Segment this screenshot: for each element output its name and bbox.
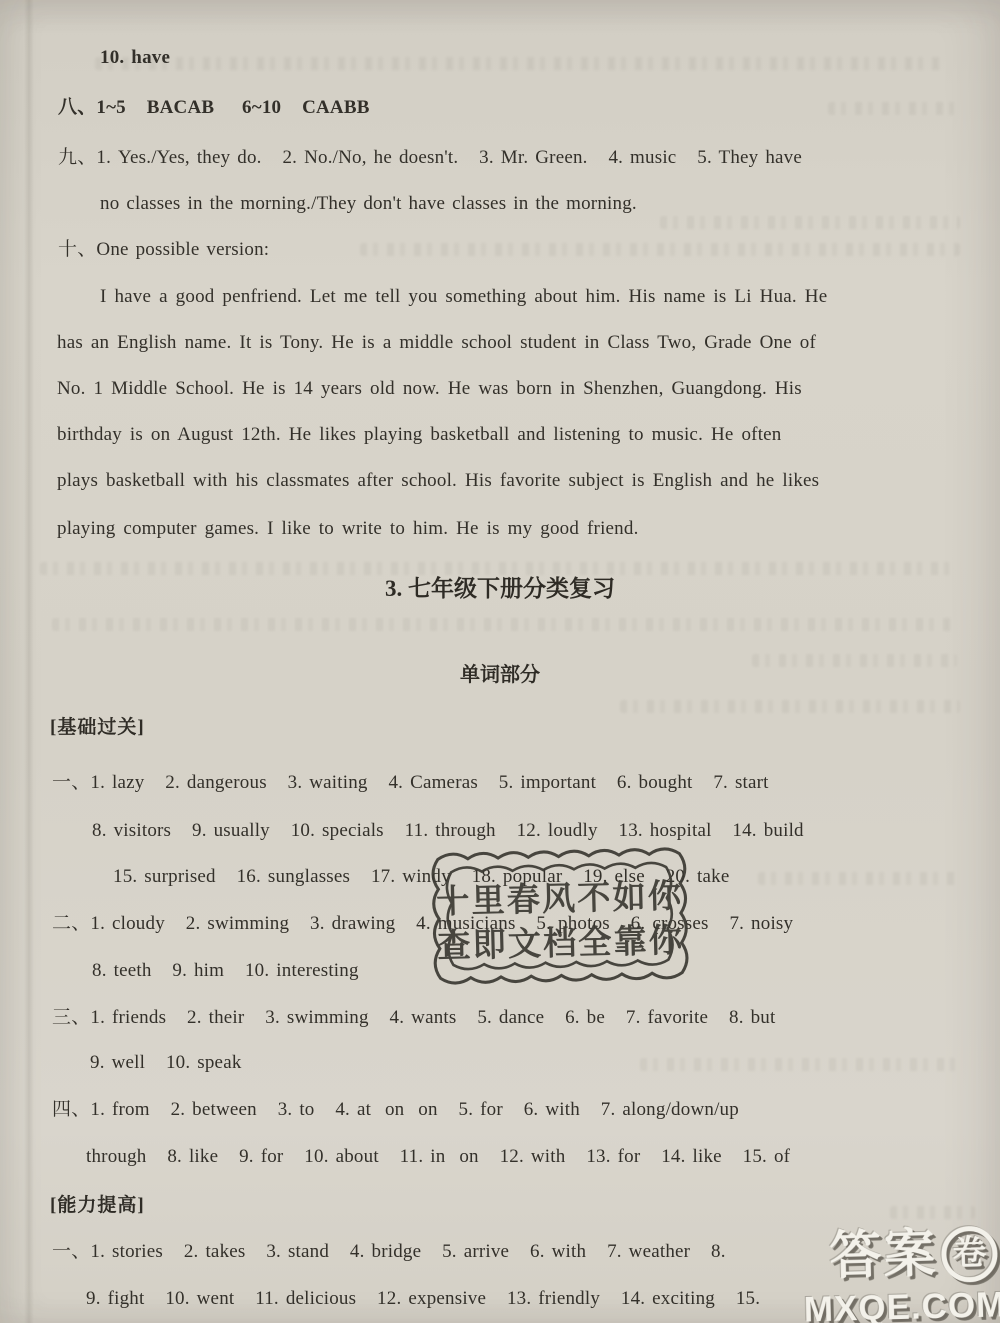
ability-answer-line: 9. fight 10. went 11. delicious 12. expe…: [86, 1287, 760, 1311]
section-title: 3. 七年级下册分类复习: [0, 570, 1000, 603]
ink-stamp: 十里春风不如你 查即文档全靠你: [422, 838, 698, 995]
ghost-bleedthrough: [828, 102, 958, 115]
stamp-wavy-border-icon: 十里春风不如你 查即文档全靠你: [422, 838, 698, 995]
answer-line: 八、1~5 BACAB 6~10 CAABB: [58, 96, 370, 120]
watermark-brand-text: 答案: [829, 1229, 938, 1284]
answer-line: 十、One possible version:: [58, 238, 269, 262]
essay-line: playing computer games. I like to write …: [57, 517, 639, 541]
word-answer-line: 一、1. lazy 2. dangerous 3. waiting 4. Cam…: [52, 771, 769, 795]
ghost-bleedthrough: [95, 57, 945, 70]
ghost-bleedthrough: [360, 243, 960, 256]
tag-basic: [基础过关]: [50, 712, 145, 739]
ghost-bleedthrough: [640, 1058, 960, 1071]
ghost-bleedthrough: [890, 1206, 975, 1219]
word-answer-line: 三、1. friends 2. their 3. swimming 4. wan…: [52, 1006, 775, 1030]
circled-character-icon: 卷: [941, 1225, 998, 1282]
word-answer-line: 8. teeth 9. him 10. interesting: [92, 959, 359, 983]
site-watermark: 答案 卷 MXQE.COM: [802, 1225, 999, 1323]
word-answer-line: 8. visitors 9. usually 10. specials 11. …: [92, 819, 804, 843]
ghost-bleedthrough: [52, 618, 952, 631]
tag-advanced: [能力提高]: [50, 1190, 145, 1217]
word-answer-line: through 8. like 9. for 10. about 11. in …: [86, 1145, 790, 1169]
stamp-text-line2: 查即文档全靠你: [437, 922, 685, 965]
ghost-bleedthrough: [660, 216, 960, 229]
word-answer-line: 9. well 10. speak: [90, 1051, 242, 1075]
essay-line: has an English name. It is Tony. He is a…: [57, 331, 816, 355]
stamp-text-line1: 十里春风不如你: [436, 878, 684, 921]
essay-line: No. 1 Middle School. He is 14 years old …: [57, 377, 802, 401]
essay-line: plays basketball with his classmates aft…: [57, 469, 819, 493]
ability-answer-line: 一、1. stories 2. takes 3. stand 4. bridge…: [52, 1240, 726, 1264]
watermark-site-url: MXQE.COM: [803, 1287, 999, 1323]
word-answer-line: 四、1. from 2. between 3. to 4. at on on 5…: [52, 1098, 739, 1122]
subsection-title: 单词部分: [0, 658, 1000, 687]
answer-line: 10. have: [100, 46, 170, 70]
scanned-answer-page: 10. have 八、1~5 BACAB 6~10 CAABB 九、1. Yes…: [0, 0, 1000, 1323]
answer-line: no classes in the morning./They don't ha…: [100, 192, 637, 216]
answer-circle-logo: 答案 卷: [802, 1225, 998, 1286]
essay-line: birthday is on August 12th. He likes pla…: [57, 423, 782, 447]
answer-line: 九、1. Yes./Yes, they do. 2. No./No, he do…: [58, 146, 802, 170]
ghost-bleedthrough: [758, 872, 958, 885]
essay-line: I have a good penfriend. Let me tell you…: [100, 285, 827, 309]
ghost-bleedthrough: [620, 700, 960, 713]
